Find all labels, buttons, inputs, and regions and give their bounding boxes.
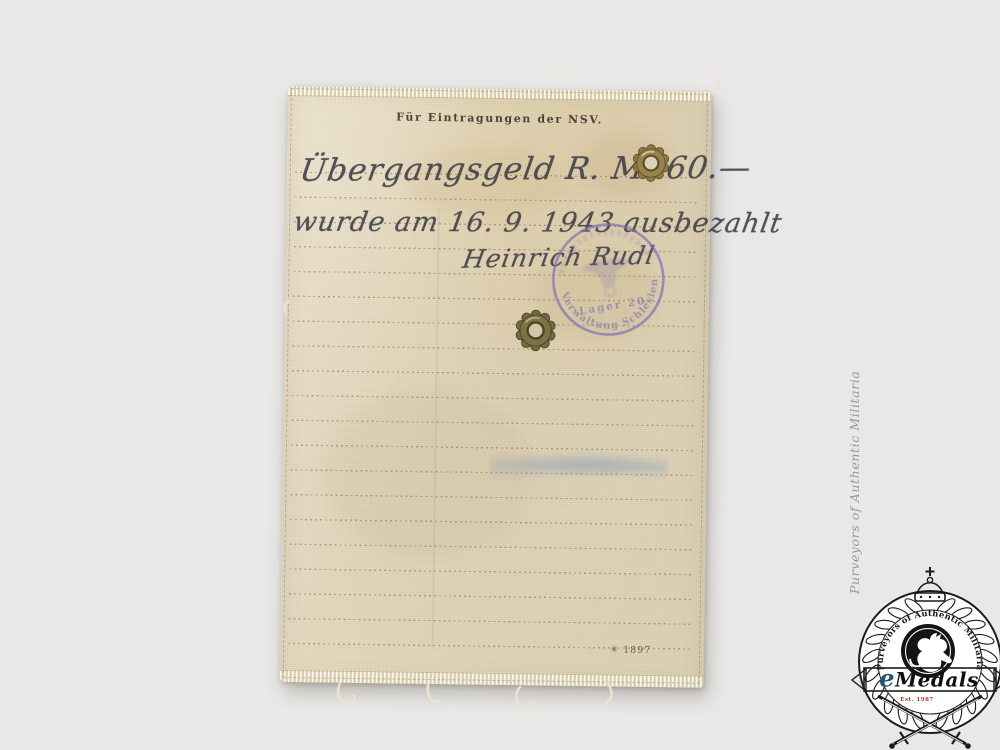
established-text: Est. 1987: [900, 697, 933, 703]
brand-e: e: [879, 664, 895, 693]
emedals-badge: Purveyors of Authentic Militaria eMedals: [820, 520, 1000, 750]
brand-wordmark: eMedals: [879, 664, 978, 693]
printer-mark: ✳ 1897: [610, 645, 651, 657]
brass-grommet-top: [629, 141, 674, 186]
frayed-bottom-edge: [280, 670, 704, 688]
brand-rest: Medals: [894, 668, 979, 692]
handwritten-line-2: wurde am 16. 9. 1943 ausbezahlt: [291, 207, 784, 240]
brass-grommet-middle: [511, 306, 560, 355]
handwritten-line-1: Übergangsgeld R. M. 60.—: [297, 150, 754, 189]
frayed-top-edge: [288, 86, 712, 102]
stamp-eagle-emblem: [579, 255, 636, 300]
cloth-document: Für Eintragungen der NSV. Übergangsgeld …: [280, 86, 712, 688]
blue-ink-bleed: [490, 449, 668, 481]
document-header: Für Eintragungen der NSV.: [287, 109, 711, 128]
product-photo: Für Eintragungen der NSV. Übergangsgeld …: [0, 0, 1000, 750]
